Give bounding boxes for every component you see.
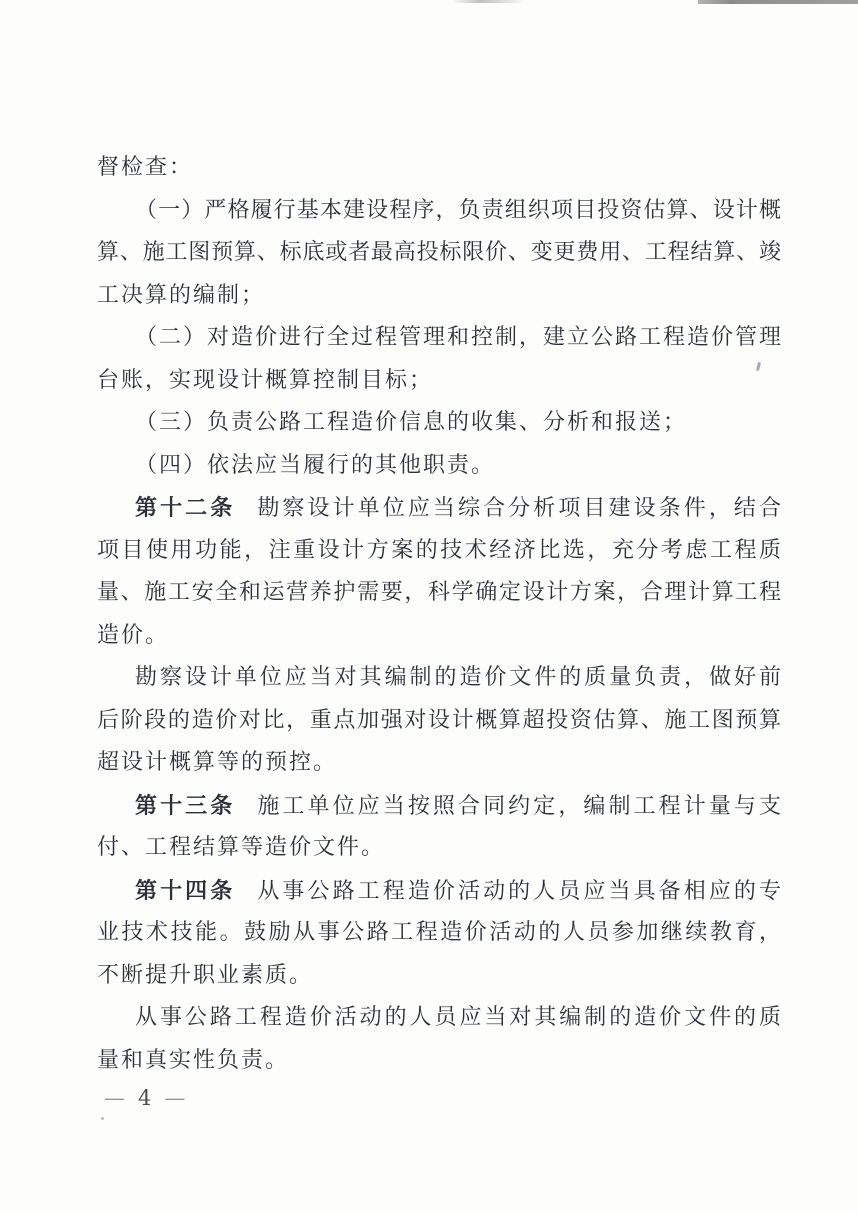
text-line: 督检查： [97,147,781,190]
text-line: （一）严格履行基本建设程序，负责组织项目投资估算、设计概 [97,190,781,233]
text-line: （二）对造价进行全过程管理和控制，建立公路工程造价管理 [97,317,781,360]
text-line: 付、工程结算等造价文件。 [97,827,781,870]
scan-edge-artifact [698,0,858,4]
text-line: 量、施工安全和运营养护需要，科学确定设计方案，合理计算工程 [97,572,781,615]
text-line: 业技术技能。鼓励从事公路工程造价活动的人员参加继续教育， [97,912,781,955]
text-line: 超设计概算等的预控。 [97,742,781,785]
text-line: 造价。 [97,615,781,658]
text-line: 工决算的编制； [97,275,781,318]
page-number-value: 4 [138,1086,151,1110]
text-line: 勘察设计单位应当对其编制的造价文件的质量负责，做好前 [97,657,781,700]
article-number: 第十二条 [135,495,235,521]
text-line: 第十二条勘察设计单位应当综合分析项目建设条件，结合 [97,487,781,530]
text-line: 量和真实性负责。 [97,1040,781,1083]
page-number-right-dash: — [164,1086,185,1110]
text-line: 算、施工图预算、标底或者最高投标限价、变更费用、工程结算、竣 [97,232,781,275]
text-line: 后阶段的造价对比，重点加强对设计概算超投资估算、施工图预算 [97,700,781,743]
article-number: 第十三条 [135,793,235,819]
text-block: 督检查：（一）严格履行基本建设程序，负责组织项目投资估算、设计概算、施工图预算、… [97,147,781,1082]
scan-edge-artifact [452,0,522,3]
text-line: 第十三条施工单位应当按照合同约定，编制工程计量与支 [97,785,781,828]
article-number: 第十四条 [135,878,235,904]
page-number-left-dash: — [104,1086,125,1110]
scan-speck [101,1117,104,1120]
text-line: 不断提升职业素质。 [97,955,781,998]
text-line: 第十四条从事公路工程造价活动的人员应当具备相应的专 [97,870,781,913]
text-line: 从事公路工程造价活动的人员应当对其编制的造价文件的质 [97,997,781,1040]
document-page: 督检查：（一）严格履行基本建设程序，负责组织项目投资估算、设计概算、施工图预算、… [0,0,858,1213]
text-line: （四）依法应当履行的其他职责。 [97,445,781,488]
text-line: （三）负责公路工程造价信息的收集、分析和报送； [97,402,781,445]
text-line: 台账，实现设计概算控制目标； [97,360,781,403]
page-number: — 4 — [104,1086,185,1110]
text-line: 项目使用功能，注重设计方案的技术经济比选，充分考虑工程质 [97,530,781,573]
